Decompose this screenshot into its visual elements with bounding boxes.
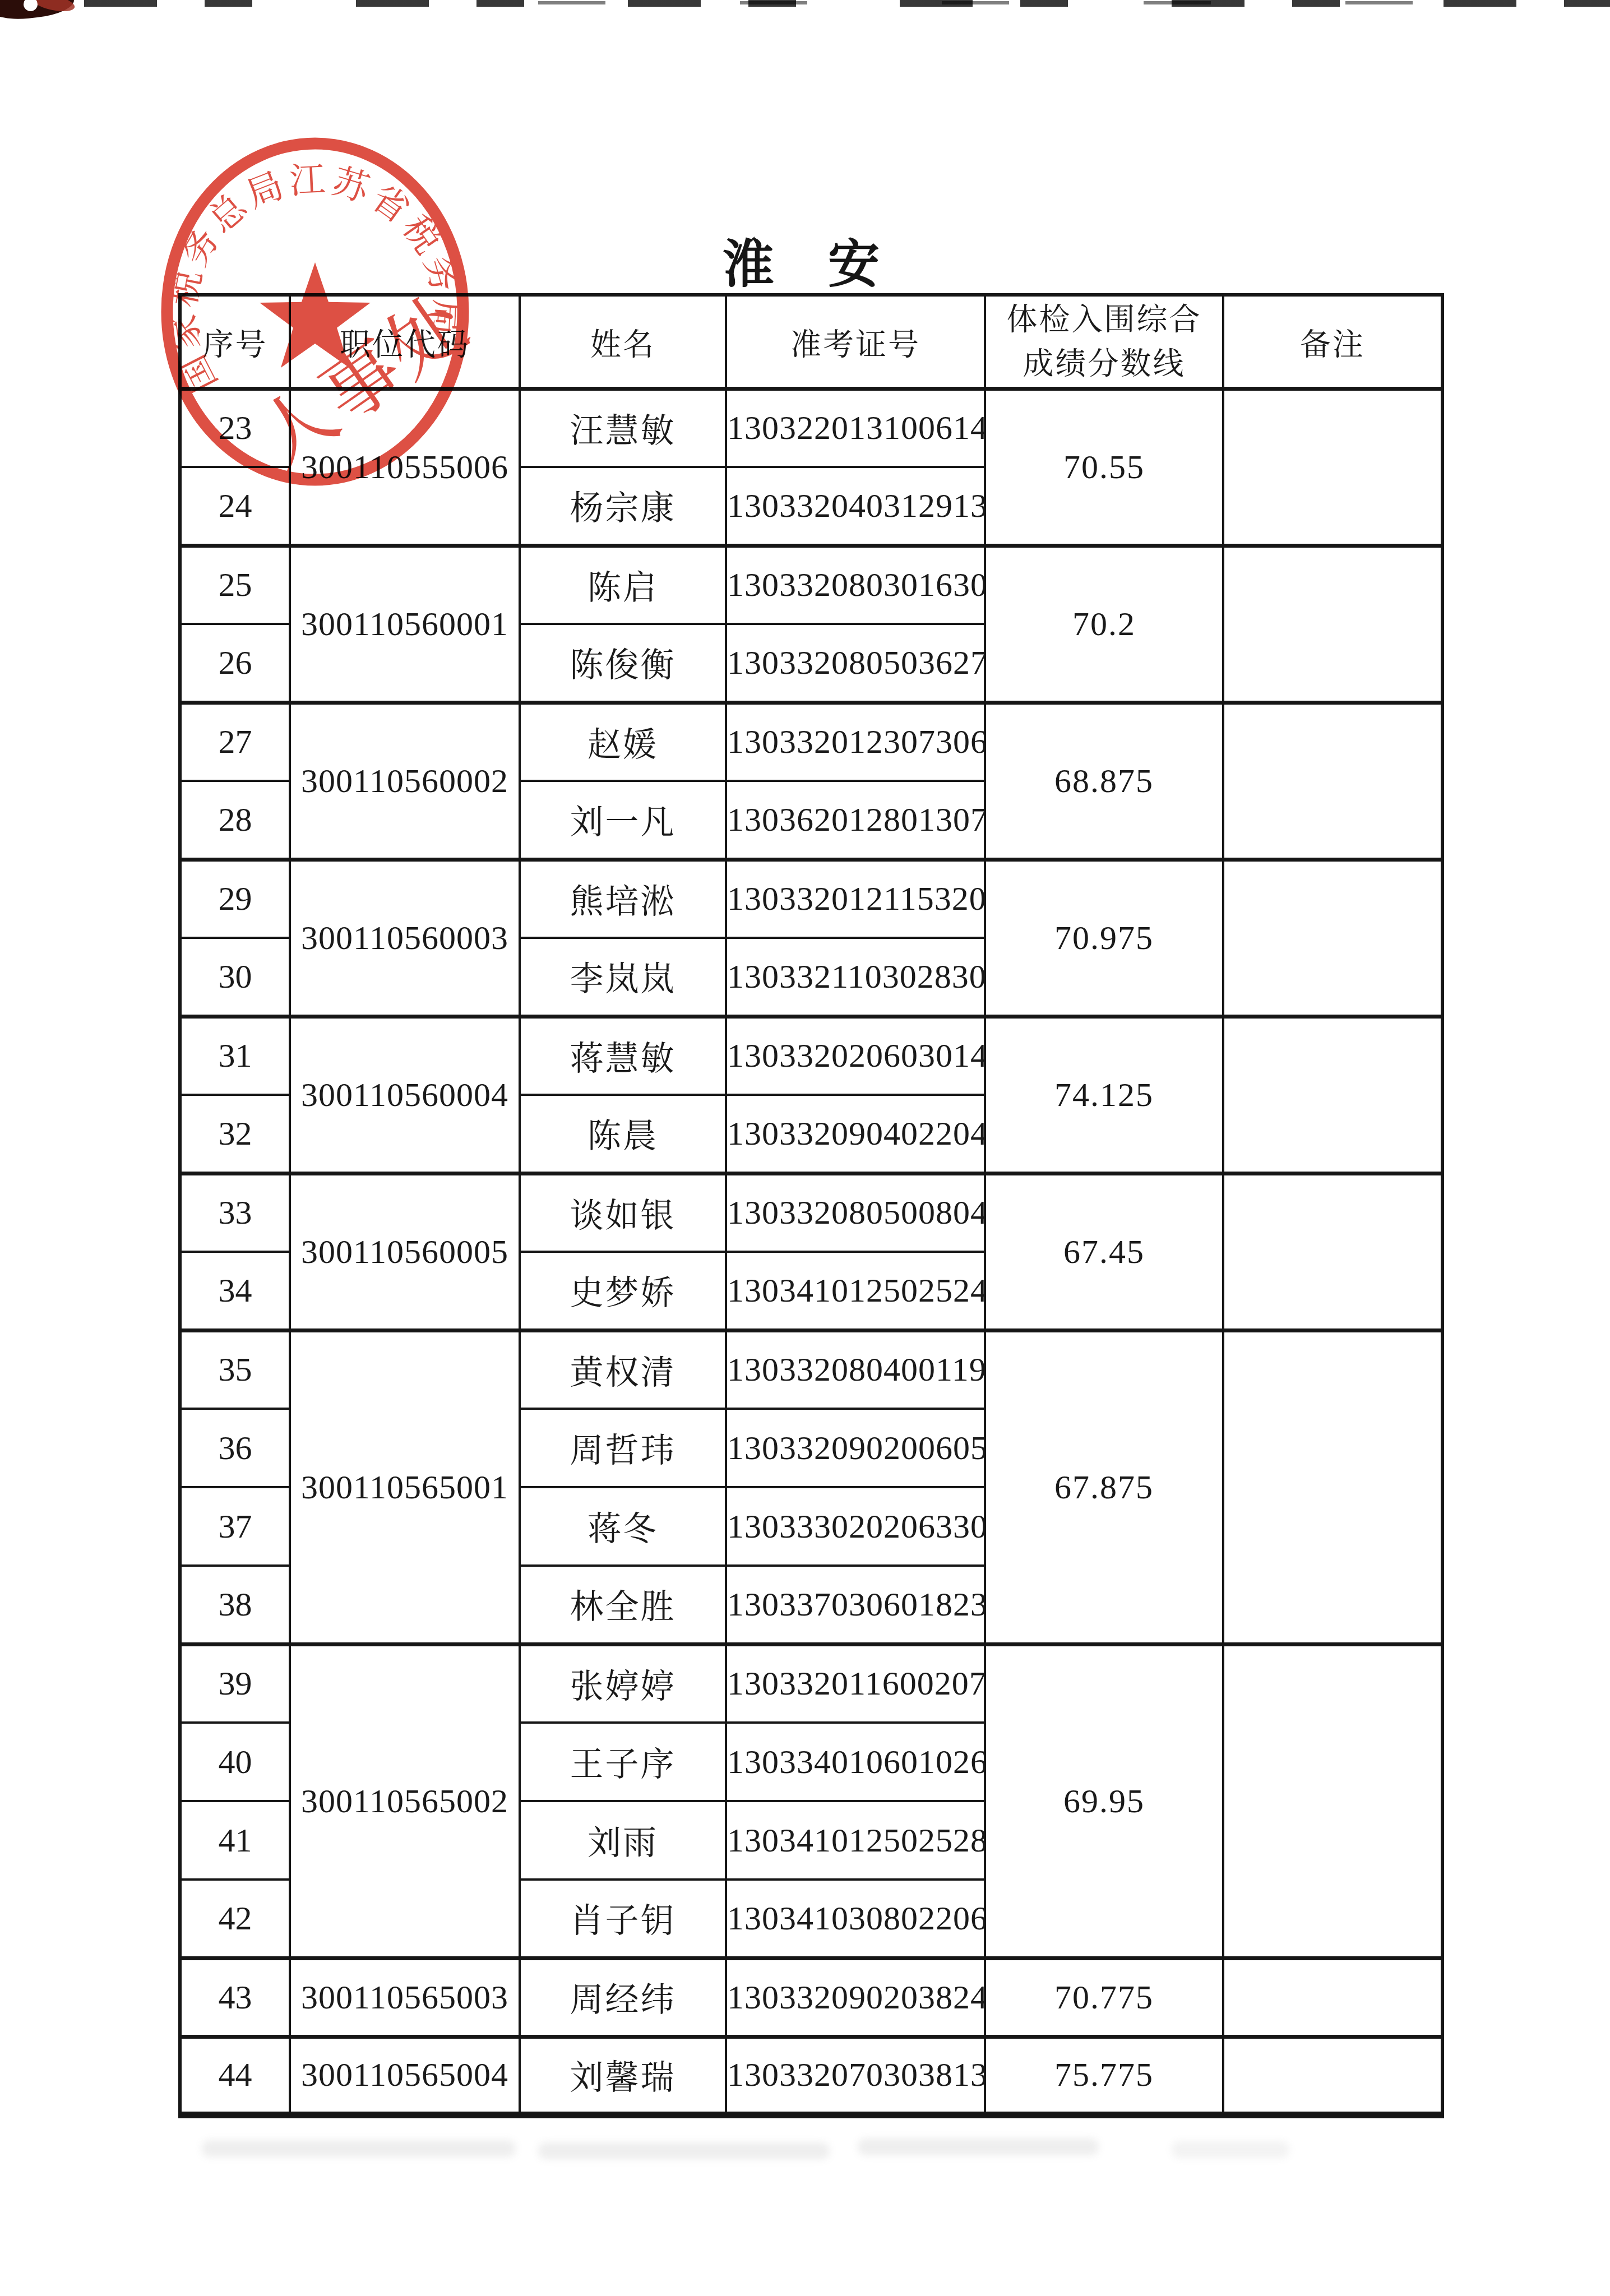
table-row: 33 300110560005 谈如银 130332080500804 67.4…	[180, 1173, 1442, 1252]
name-cell: 张婷婷	[520, 1644, 726, 1723]
seq-cell: 26	[180, 624, 290, 702]
name-cell: 熊培淞	[520, 859, 726, 938]
scanned-document-page: 淮 安 序号 职位代码 姓名 准考证号 体检入围综合 成绩分数线 备注 23	[0, 0, 1610, 2296]
seq-cell: 43	[180, 1958, 290, 2036]
score-cell: 67.45	[985, 1173, 1223, 1330]
ticket-cell: 130341030802206	[726, 1880, 985, 1958]
ticket-cell: 130332080500804	[726, 1173, 985, 1252]
ticket-cell: 130332080400119	[726, 1330, 985, 1409]
ticket-cell: 130362012801307	[726, 781, 985, 859]
seq-cell: 34	[180, 1252, 290, 1330]
ticket-cell: 130332070303813	[726, 2036, 985, 2115]
ticket-cell: 130332080503627	[726, 624, 985, 702]
header-score-line2: 成绩分数线	[986, 341, 1222, 386]
remark-cell	[1223, 1330, 1442, 1644]
remark-cell	[1223, 1958, 1442, 2036]
table-row: 39 300110565002 张婷婷 130332011600207 69.9…	[180, 1644, 1442, 1723]
header-ticket: 准考证号	[726, 295, 985, 388]
seq-cell: 25	[180, 545, 290, 624]
remark-cell	[1223, 2036, 1442, 2115]
name-cell: 刘馨瑞	[520, 2036, 726, 2115]
code-cell: 300110565003	[290, 1958, 520, 2036]
name-cell: 陈俊衡	[520, 624, 726, 702]
name-cell: 王子序	[520, 1723, 726, 1801]
ticket-cell: 130332040312913	[726, 467, 985, 545]
seq-cell: 31	[180, 1016, 290, 1095]
code-cell: 300110560004	[290, 1016, 520, 1173]
code-cell: 300110560001	[290, 545, 520, 702]
code-cell: 300110565002	[290, 1644, 520, 1958]
seq-cell: 35	[180, 1330, 290, 1409]
score-cell: 68.875	[985, 702, 1223, 859]
code-cell: 300110565004	[290, 2036, 520, 2115]
name-cell: 李岚岚	[520, 938, 726, 1016]
remark-cell	[1223, 1173, 1442, 1330]
ticket-cell: 130322013100614	[726, 388, 985, 467]
name-cell: 黄权清	[520, 1330, 726, 1409]
ticket-cell: 130332090200605	[726, 1409, 985, 1487]
bleed-through-smudge	[1172, 2141, 1289, 2158]
table-row: 29 300110560003 熊培淞 130332012115320 70.9…	[180, 859, 1442, 938]
bleed-through-smudge	[202, 2140, 516, 2157]
name-cell: 刘雨	[520, 1801, 726, 1880]
table-row: 27 300110560002 赵媛 130332012307306 68.87…	[180, 702, 1442, 781]
name-cell: 周经纬	[520, 1958, 726, 2036]
ticket-cell: 130332011600207	[726, 1644, 985, 1723]
code-cell: 300110560002	[290, 702, 520, 859]
score-cell: 67.875	[985, 1330, 1223, 1644]
remark-cell	[1223, 388, 1442, 545]
score-cell: 75.775	[985, 2036, 1223, 2115]
official-seal: 国家税务总局江苏省税务局 人事处	[152, 123, 478, 504]
seq-cell: 29	[180, 859, 290, 938]
seq-cell: 38	[180, 1566, 290, 1644]
name-cell: 汪慧敏	[520, 388, 726, 467]
name-cell: 陈启	[520, 545, 726, 624]
scan-edge-artifact	[505, 1, 1464, 4]
seq-cell: 42	[180, 1880, 290, 1958]
ticket-cell: 130337030601823	[726, 1566, 985, 1644]
ticket-cell: 130332012115320	[726, 859, 985, 938]
score-cell: 70.975	[985, 859, 1223, 1016]
score-cell: 70.55	[985, 388, 1223, 545]
code-cell: 300110560003	[290, 859, 520, 1016]
remark-cell	[1223, 859, 1442, 1016]
ticket-cell: 130341012502528	[726, 1801, 985, 1880]
score-cell: 69.95	[985, 1644, 1223, 1958]
ticket-cell: 130334010601026	[726, 1723, 985, 1801]
seq-cell: 28	[180, 781, 290, 859]
seq-cell: 37	[180, 1487, 290, 1566]
code-cell: 300110565001	[290, 1330, 520, 1644]
name-cell: 蒋冬	[520, 1487, 726, 1566]
seq-cell: 30	[180, 938, 290, 1016]
header-name: 姓名	[520, 295, 726, 388]
seq-cell: 40	[180, 1723, 290, 1801]
ticket-cell: 130332110302830	[726, 938, 985, 1016]
seq-cell: 32	[180, 1095, 290, 1173]
name-cell: 周哲玮	[520, 1409, 726, 1487]
bleed-through-smudge	[538, 2142, 830, 2159]
score-cell: 74.125	[985, 1016, 1223, 1173]
name-cell: 谈如银	[520, 1173, 726, 1252]
seq-cell: 39	[180, 1644, 290, 1723]
bleed-through-smudge	[858, 2138, 1099, 2155]
score-cell: 70.775	[985, 1958, 1223, 2036]
seq-cell: 33	[180, 1173, 290, 1252]
ticket-cell: 130332090203824	[726, 1958, 985, 2036]
name-cell: 陈晨	[520, 1095, 726, 1173]
header-score-line1: 体检入围综合	[986, 297, 1222, 342]
name-cell: 肖子钥	[520, 1880, 726, 1958]
ticket-cell: 130333020206330	[726, 1487, 985, 1566]
ticket-cell: 130341012502524	[726, 1252, 985, 1330]
seq-cell: 27	[180, 702, 290, 781]
code-cell: 300110560005	[290, 1173, 520, 1330]
seq-cell: 41	[180, 1801, 290, 1880]
name-cell: 赵媛	[520, 702, 726, 781]
remark-cell	[1223, 1644, 1442, 1958]
table-row: 43 300110565003 周经纬 130332090203824 70.7…	[180, 1958, 1442, 2036]
name-cell: 刘一凡	[520, 781, 726, 859]
ticket-cell: 130332020603014	[726, 1016, 985, 1095]
seq-cell: 44	[180, 2036, 290, 2115]
remark-cell	[1223, 545, 1442, 702]
header-score: 体检入围综合 成绩分数线	[985, 295, 1223, 388]
remark-cell	[1223, 1016, 1442, 1173]
table-row: 31 300110560004 蒋慧敏 130332020603014 74.1…	[180, 1016, 1442, 1095]
ticket-cell: 130332090402204	[726, 1095, 985, 1173]
seq-cell: 36	[180, 1409, 290, 1487]
name-cell: 史梦娇	[520, 1252, 726, 1330]
remark-cell	[1223, 702, 1442, 859]
name-cell: 蒋慧敏	[520, 1016, 726, 1095]
ticket-cell: 130332080301630	[726, 545, 985, 624]
table-row: 35 300110565001 黄权清 130332080400119 67.8…	[180, 1330, 1442, 1409]
results-table: 序号 职位代码 姓名 准考证号 体检入围综合 成绩分数线 备注 23 30011…	[178, 293, 1444, 2118]
score-cell: 70.2	[985, 545, 1223, 702]
ticket-cell: 130332012307306	[726, 702, 985, 781]
name-cell: 杨宗康	[520, 467, 726, 545]
header-remark: 备注	[1223, 295, 1442, 388]
name-cell: 林全胜	[520, 1566, 726, 1644]
table-row: 44 300110565004 刘馨瑞 130332070303813 75.7…	[180, 2036, 1442, 2115]
table-row: 25 300110560001 陈启 130332080301630 70.2	[180, 545, 1442, 624]
